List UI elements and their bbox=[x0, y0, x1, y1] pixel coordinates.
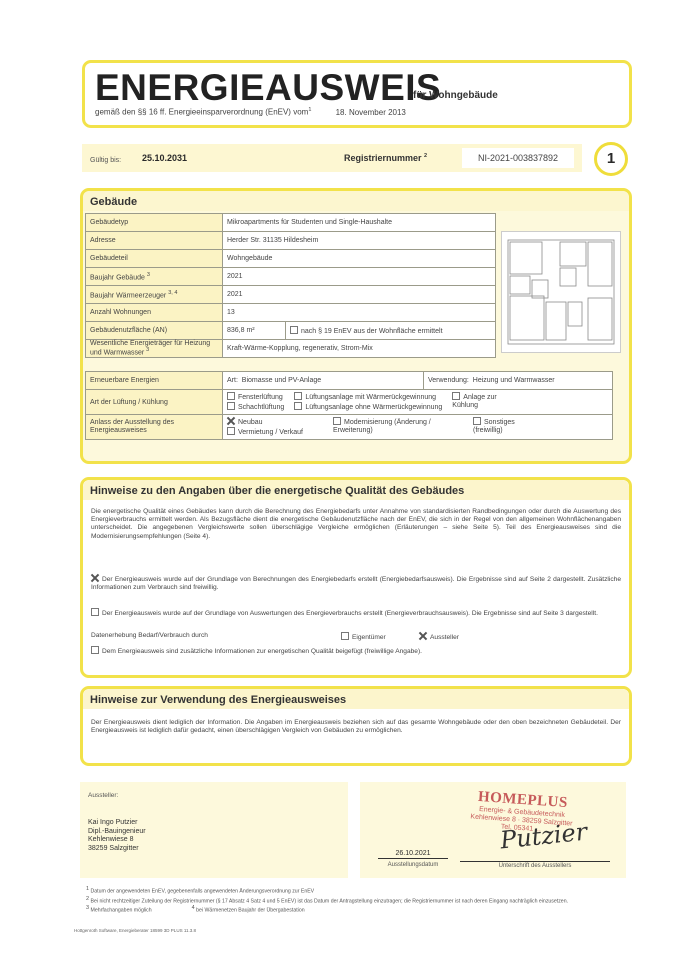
table-row: Anlass der Ausstellung des Energieauswei… bbox=[86, 415, 613, 440]
software-credit: Hottgenroth Software, Energieberater 185… bbox=[74, 928, 196, 933]
validity-strip: Gültig bis: 25.10.2031 Registriernummer … bbox=[82, 144, 582, 172]
checkbox-aussteller-checked[interactable] bbox=[419, 632, 427, 640]
issuer-label: Aussteller: bbox=[88, 792, 118, 799]
usage-text: Der Energieausweis dient lediglich der I… bbox=[91, 719, 621, 735]
issuer-box: Aussteller: Kai Ingo Putzier Dipl.-Bauin… bbox=[80, 782, 348, 878]
table-row: Baujahr Gebäude 3 2021 bbox=[86, 268, 496, 286]
issuer-address: Kai Ingo Putzier Dipl.-Bauingenieur Kehl… bbox=[88, 819, 146, 853]
checkbox-modernisierung[interactable] bbox=[333, 417, 341, 425]
signature-caption: Unterschrift des Ausstellers bbox=[460, 863, 610, 869]
checkbox-lueftung-mit-wrg[interactable] bbox=[294, 392, 302, 400]
building-heading: Gebäude bbox=[83, 191, 629, 211]
checkbox-consumption[interactable] bbox=[91, 608, 99, 616]
table-row: Gebäudeteil Wohngebäude bbox=[86, 250, 496, 268]
checkbox-demand-checked[interactable] bbox=[91, 574, 99, 582]
footnote-ref: 1 bbox=[308, 107, 311, 113]
regulation-text: gemäß den §§ 16 ff. Energieeinsparverord… bbox=[95, 108, 308, 117]
table-row: Anzahl Wohnungen 13 bbox=[86, 304, 496, 322]
option-additional-info: Dem Energieausweis sind zusätzliche Info… bbox=[91, 646, 621, 656]
building-table-lower: Erneuerbare Energien Art: Biomasse und P… bbox=[85, 371, 613, 440]
quality-hints-intro: Die energetische Qualität eines Gebäudes… bbox=[91, 508, 621, 541]
quality-hints-section: Hinweise zu den Angaben über die energet… bbox=[80, 477, 632, 678]
checkbox-additional-info[interactable] bbox=[91, 646, 99, 654]
issue-date: 26.10.2021 bbox=[378, 850, 448, 859]
checkbox-sonstiges[interactable] bbox=[473, 417, 481, 425]
table-row: Baujahr Wärmeerzeuger 3, 4 2021 bbox=[86, 286, 496, 304]
checkbox-vermietung[interactable] bbox=[227, 427, 235, 435]
checkbox-eigentuemer[interactable] bbox=[341, 632, 349, 640]
table-row: Erneuerbare Energien Art: Biomasse und P… bbox=[86, 372, 613, 390]
header-box: ENERGIEAUSWEIS für Wohngebäude gemäß den… bbox=[82, 60, 632, 128]
usage-heading: Hinweise zur Verwendung des Energieauswe… bbox=[83, 689, 629, 709]
footnotes: 1 Datum der angewendeten EnEV, gegebenen… bbox=[86, 886, 626, 915]
building-table: Gebäudetyp Mikroapartments für Studenten… bbox=[85, 213, 496, 358]
table-row: Wesentliche Energieträger für Heizung un… bbox=[86, 340, 496, 358]
energy-certificate-page: ENERGIEAUSWEIS für Wohngebäude gemäß den… bbox=[0, 0, 680, 960]
quality-hints-heading: Hinweise zu den Angaben über die energet… bbox=[83, 480, 629, 500]
data-collection-row: Datenerhebung Bedarf/Verbrauch durch Eig… bbox=[91, 632, 621, 640]
table-row: Gebäudetyp Mikroapartments für Studenten… bbox=[86, 214, 496, 232]
option-consumption: Der Energieausweis wurde auf der Grundla… bbox=[91, 608, 621, 618]
checkbox-kuehlung[interactable] bbox=[452, 392, 460, 400]
signature-line bbox=[460, 861, 610, 862]
signature-box: HOMEPLUS Energie- & Gebäudetechnik Kehle… bbox=[360, 782, 626, 878]
checkbox-schachtlueftung[interactable] bbox=[227, 402, 235, 410]
floorplan-image bbox=[501, 231, 621, 353]
table-row: Art der Lüftung / Kühlung Fensterlüftung… bbox=[86, 390, 613, 415]
registration-label: Registriernummer 2 bbox=[344, 153, 427, 163]
building-section: Gebäude Gebäudetyp Mikroapartments für S… bbox=[80, 188, 632, 464]
option-demand: Der Energieausweis wurde auf der Grundla… bbox=[91, 574, 621, 592]
valid-until-label: Gültig bis: bbox=[90, 157, 121, 164]
checkbox[interactable] bbox=[290, 326, 298, 334]
checkbox-neubau-checked[interactable] bbox=[227, 417, 235, 425]
registration-number: NI-2021-003837892 bbox=[462, 148, 574, 168]
regulation-date: 18. November 2013 bbox=[336, 108, 406, 117]
issue-date-caption: Ausstellungsdatum bbox=[378, 862, 448, 868]
valid-until-date: 25.10.2031 bbox=[142, 153, 187, 163]
usage-section: Hinweise zur Verwendung des Energieauswe… bbox=[80, 686, 632, 766]
table-row: Adresse Herder Str. 31135 Hildesheim bbox=[86, 232, 496, 250]
checkbox-lueftung-ohne-wrg[interactable] bbox=[294, 402, 302, 410]
document-subtitle: für Wohngebäude bbox=[413, 90, 498, 101]
page-number-badge: 1 bbox=[594, 142, 628, 176]
table-row: Gebäudenutzfläche (AN) 836,8 m² nach § 1… bbox=[86, 322, 496, 340]
regulation-line: gemäß den §§ 16 ff. Energieeinsparverord… bbox=[95, 107, 406, 117]
checkbox-fensterlueftung[interactable] bbox=[227, 392, 235, 400]
document-title: ENERGIEAUSWEIS bbox=[95, 67, 441, 109]
